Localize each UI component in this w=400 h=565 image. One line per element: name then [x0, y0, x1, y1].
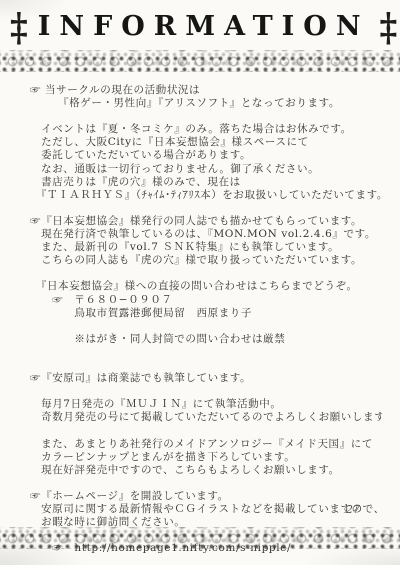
- text-line: [30, 385, 382, 398]
- page-header: ‡INFORMATION‡: [0, 8, 400, 48]
- text-line: ☞ 当サークルの現在の活動状況は: [30, 84, 382, 97]
- text-line: 『ＴＩＡＲＨＹＳ』（ﾁｬｲﾑ･ﾃｨｱﾘｽ本）をお取扱いしていただいてます。: [30, 189, 382, 202]
- text-line: イベントは『夏・冬コミケ』のみ。落ちた場合はお休みです。: [30, 123, 382, 136]
- text-line: ☞『安原司』は商業誌でも執筆しています。: [30, 372, 382, 385]
- text-line: 書店売りは『虎の穴』様のみで、現在は: [30, 176, 382, 189]
- text-line: [30, 477, 382, 490]
- text-line: [30, 202, 382, 215]
- body-text: ☞ 当サークルの現在の活動状況は 『格ゲー・男性向』『アリスソフト』となっており…: [30, 84, 382, 555]
- warning-line: ※はがき・同人封筒での問い合わせは厳禁: [30, 333, 382, 346]
- postal-code-line: ☞ 〒６８０−０９０７: [30, 294, 382, 307]
- text-line: [30, 346, 382, 359]
- text-line: 委託していただいている場合があります。: [30, 149, 382, 162]
- text-line: ☞『ホームページ』を開設しています。: [30, 490, 382, 503]
- dagger-ornament-left: ‡: [10, 5, 28, 51]
- dagger-ornament-right: ‡: [380, 5, 398, 51]
- page-number: 27: [346, 503, 360, 516]
- text-line: 奇数月発売の号にて掲載していただいてるのでよろしくお願いします。: [30, 411, 382, 424]
- text-line: また、最新刊の『vol.7 ＳＮＫ特集』にも執筆しています。: [30, 241, 382, 254]
- text-line: ☞『日本妄想協会』様発行の同人誌でも描かせてもらっています。: [30, 215, 382, 228]
- text-line: ただし、大阪Cityに『日本妄想協会』様スペースにて: [30, 136, 382, 149]
- text-line: 『格ゲー・男性向』『アリスソフト』となっております。: [30, 97, 382, 110]
- text-line: 現在発行済で執筆しているのは、『MON.MON vol.2.4.6』です。: [30, 228, 382, 241]
- page-title: INFORMATION: [38, 11, 370, 42]
- text-line: [30, 320, 382, 333]
- text-line: [30, 267, 382, 280]
- text-line: 安原司に関する最新情報やＣＧイラストなどを掲載していますので、: [30, 503, 382, 516]
- lace-border-bottom: [0, 527, 400, 549]
- lace-border-top: [0, 50, 400, 72]
- address-line: 鳥取市賀露港郵便局留 西原まり子: [30, 307, 382, 320]
- text-line: カラーピンナップとまんがを描き下ろしています。: [30, 451, 382, 464]
- text-line: 現在好評発売中ですので、こちらもよろしくお願いします。: [30, 464, 382, 477]
- text-line: [30, 110, 382, 123]
- text-line: 『日本妄想協会』様への直接の問い合わせはこちらまでどうぞ。: [30, 280, 382, 293]
- scanned-info-page: ‡INFORMATION‡ ☞ 当サークルの現在の活動状況は 『格ゲー・男性向』…: [0, 0, 400, 565]
- text-line: [30, 424, 382, 437]
- text-line: なお、通販は一切行っておりません。御了承ください。: [30, 163, 382, 176]
- text-line: 毎月7日発売の『ＭＵＪＩＮ』にて執筆活動中。: [30, 398, 382, 411]
- text-line: [30, 359, 382, 372]
- text-line: また、あまとりあ社発行のメイドアンソロジー『メイド天国』にて: [30, 438, 382, 451]
- text-line: こちらの同人誌も『虎の穴』様で取り扱っていただいています。: [30, 254, 382, 267]
